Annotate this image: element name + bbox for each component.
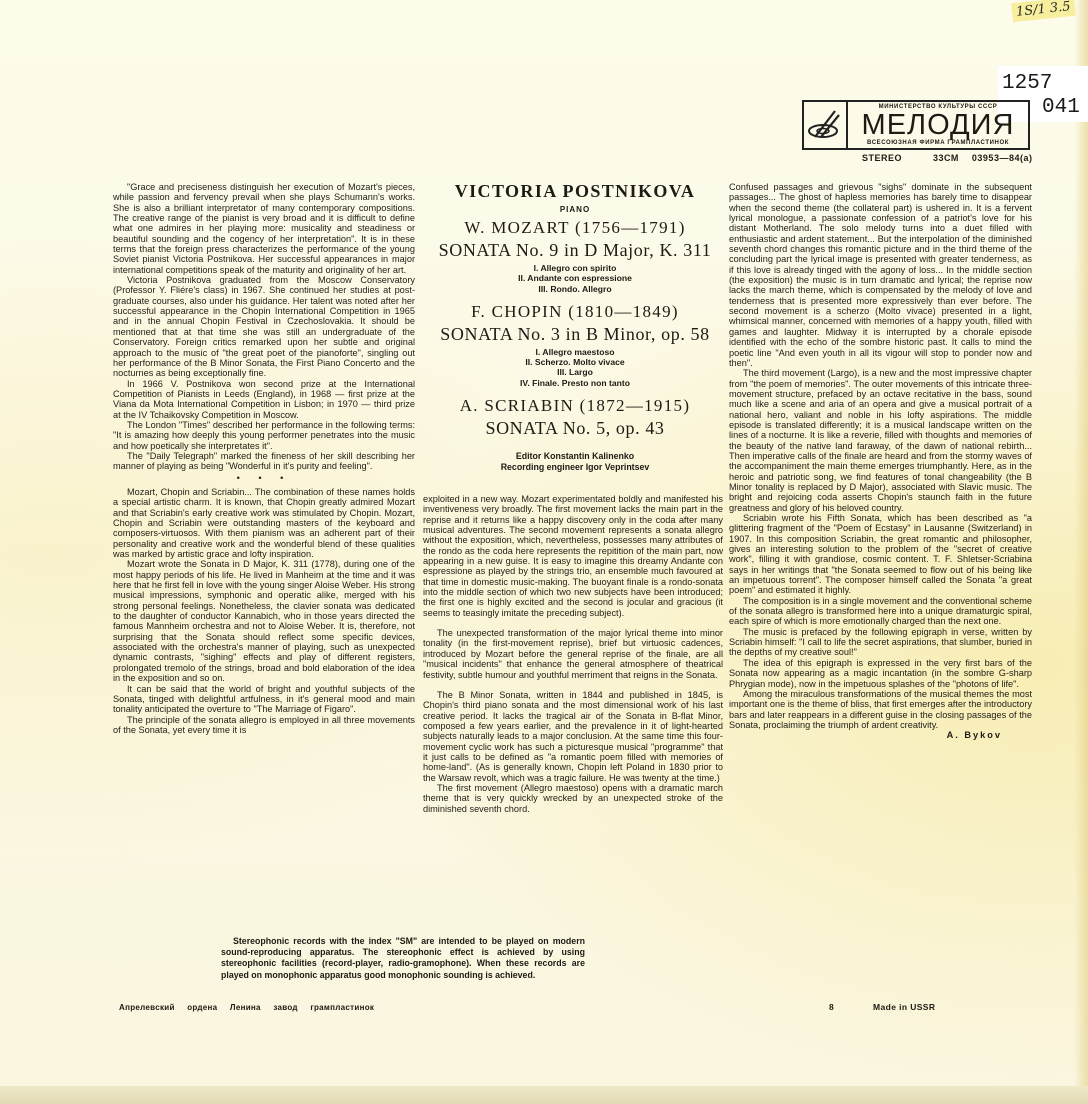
stereo-notice-text: Stereophonic records with the index "SM"… bbox=[221, 936, 585, 981]
label-name: МЕЛОДИЯ bbox=[862, 111, 1015, 139]
program-listing: VICTORIA POSTNIKOVA PIANO W. MOZART (175… bbox=[430, 180, 720, 473]
print-mark: 8 bbox=[829, 1002, 834, 1012]
paragraph: The idea of this epigraph is expressed i… bbox=[729, 658, 1032, 689]
paragraph: "Grace and preciseness distinguish her e… bbox=[113, 182, 415, 275]
movement-item: III. Largo bbox=[430, 367, 720, 377]
author-signature: A. Bykov bbox=[729, 730, 1032, 740]
paragraph: Confused passages and grievous "sighs" d… bbox=[729, 182, 1032, 368]
movement-list: I. Allegro maestosoII. Scherzo. Molto vi… bbox=[430, 347, 720, 388]
paragraph: Scriabin wrote his Fifth Sonata, which h… bbox=[729, 513, 1032, 596]
section-divider: • • • bbox=[113, 473, 415, 483]
paragraph: The unexpected transformation of the maj… bbox=[423, 628, 723, 680]
paragraph: The London "Times" described her perform… bbox=[113, 420, 415, 451]
movement-item: II. Scherzo. Molto vivace bbox=[430, 357, 720, 367]
movement-item: III. Rondo. Allegro bbox=[430, 284, 720, 294]
paragraph: Mozart, Chopin and Scriabin... The combi… bbox=[113, 487, 415, 559]
catalog-number-line: STEREO 33СМ 03953—84(а) bbox=[862, 153, 1032, 163]
work-title: SONATA No. 9 in D Major, K. 311 bbox=[430, 239, 720, 261]
engineer-credit: Recording engineer Igor Veprintsev bbox=[430, 462, 720, 473]
composer-heading: F. CHOPIN (1810—1849) bbox=[430, 301, 720, 322]
work-title: SONATA No. 3 in B Minor, op. 58 bbox=[430, 323, 720, 345]
paragraph: The principle of the sonata allegro is e… bbox=[113, 715, 415, 736]
firm-text: ВСЕСОЮЗНАЯ ФИРМА ГРАМПЛАСТИНОК bbox=[867, 139, 1009, 147]
composer-heading: A. SCRIABIN (1872—1915) bbox=[430, 395, 720, 416]
instrument: PIANO bbox=[430, 205, 720, 214]
paragraph: Mozart wrote the Sonata in D Major, K. 3… bbox=[113, 559, 415, 683]
movement-item: I. Allegro con spirito bbox=[430, 263, 720, 273]
melodiya-emblem-icon bbox=[802, 100, 846, 150]
movement-list: I. Allegro con spiritoII. Andante con es… bbox=[430, 263, 720, 294]
paragraph: In 1966 V. Postnikova won second prize a… bbox=[113, 379, 415, 420]
composer-heading: W. MOZART (1756—1791) bbox=[430, 217, 720, 238]
liner-notes-middle-column: exploited in a new way. Mozart experimen… bbox=[423, 494, 723, 814]
catalog-sticker-line-1: 1257 bbox=[1002, 72, 1088, 96]
paragraph: exploited in a new way. Mozart experimen… bbox=[423, 494, 723, 618]
movement-item: I. Allegro maestoso bbox=[430, 347, 720, 357]
paragraph: It can be said that the world of bright … bbox=[113, 684, 415, 715]
plant-name: Апрелевский ордена Ленина завод грамплас… bbox=[119, 1003, 374, 1012]
paragraph: The composition is in a single movement … bbox=[729, 596, 1032, 627]
format-label: STEREO bbox=[862, 153, 902, 163]
melodiya-wordmark: МИНИСТЕРСТВО КУЛЬТУРЫ СССР МЕЛОДИЯ ВСЕСО… bbox=[846, 100, 1030, 150]
editor-credit: Editor Konstantin Kalinenko bbox=[430, 451, 720, 462]
movement-item: II. Andante con espressione bbox=[430, 273, 720, 283]
works-list: W. MOZART (1756—1791)SONATA No. 9 in D M… bbox=[430, 217, 720, 439]
liner-notes-left-column: "Grace and preciseness distinguish her e… bbox=[113, 182, 415, 735]
paragraph: The "Daily Telegraph" marked the finenes… bbox=[113, 451, 415, 472]
melodiya-logo: МИНИСТЕРСТВО КУЛЬТУРЫ СССР МЕЛОДИЯ ВСЕСО… bbox=[802, 100, 1030, 150]
made-in-ussr: Made in USSR bbox=[873, 1002, 935, 1012]
credits: Editor Konstantin Kalinenko Recording en… bbox=[430, 451, 720, 473]
stereo-notice: Stereophonic records with the index "SM"… bbox=[221, 936, 585, 981]
paragraph: The B Minor Sonata, written in 1844 and … bbox=[423, 690, 723, 783]
liner-notes-right-column: Confused passages and grievous "sighs" d… bbox=[729, 182, 1032, 741]
paragraph: The music is prefaced by the following e… bbox=[729, 627, 1032, 658]
paragraph: The third movement (Largo), is a new and… bbox=[729, 368, 1032, 513]
artist-name: VICTORIA POSTNIKOVA bbox=[430, 180, 720, 202]
paragraph: Among the miraculous transformations of … bbox=[729, 689, 1032, 730]
paragraph: The first movement (Allegro maestoso) op… bbox=[423, 783, 723, 814]
work-title: SONATA No. 5, op. 43 bbox=[430, 417, 720, 439]
paragraph: Victoria Postnikova graduated from the M… bbox=[113, 275, 415, 378]
catalog-number: 33СМ 03953—84(а) bbox=[933, 153, 1032, 163]
movement-item: IV. Finale. Presto non tanto bbox=[430, 378, 720, 388]
